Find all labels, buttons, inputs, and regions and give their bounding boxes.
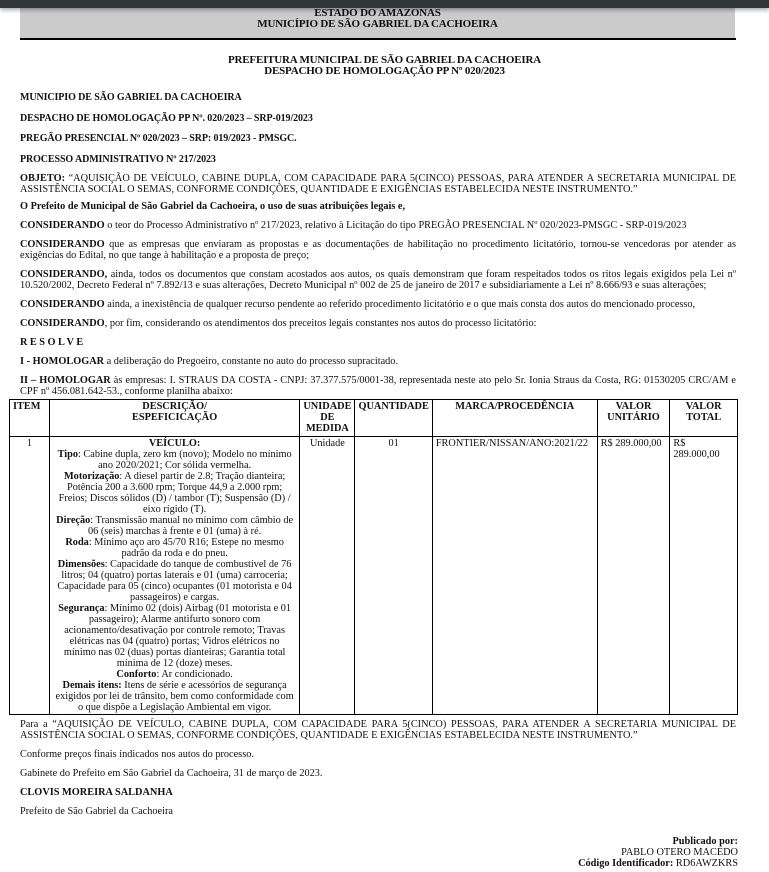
- heading-municipio: MUNICIPIO DE SÃO GABRIEL DA CACHOEIRA: [20, 92, 736, 103]
- desc-direcao: Direção: Transmissão manual no mínimo co…: [53, 515, 297, 537]
- table-row: 1 VEÍCULO: Tipo: Cabine dupla, zero km (…: [10, 437, 738, 715]
- spec-text: : Mínimo aço aro 45/70 R16; Estepe no me…: [89, 537, 284, 559]
- desc-tipo: Tipo: Cabine dupla, zero km (novo); Mode…: [53, 449, 297, 471]
- spec-label: Demais itens:: [63, 680, 122, 691]
- heading-despacho: DESPACHO DE HOMOLOGAÇÃO PP Nº. 020/2023 …: [20, 113, 736, 124]
- document-body: MUNICIPIO DE SÃO GABRIEL DA CACHOEIRA DE…: [20, 92, 736, 825]
- cell-valor-unitario: R$ 289.000,00: [597, 437, 670, 715]
- homologar-text: às empresas: I. STRAUS DA COSTA - CNPJ: …: [20, 375, 736, 397]
- publication-publisher: PABLO OTERO MACEDO: [578, 847, 738, 858]
- spec-label: Roda: [65, 537, 88, 548]
- considerando-text: , por fim, considerando os atendimentos …: [105, 318, 537, 329]
- objeto-label: OBJETO:: [20, 173, 65, 184]
- considerando-5: CONSIDERANDO, por fim, considerando os a…: [20, 318, 736, 329]
- document-header-band: ESTADO DO AMAZONAS MUNICÍPIO DE SÃO GABR…: [20, 6, 735, 39]
- spec-text: : Ar condicionado.: [156, 669, 232, 680]
- closing-gabinete: Gabinete do Prefeito em São Gabriel da C…: [20, 768, 736, 779]
- desc-demais-itens: Demais itens: Itens de série e acessório…: [53, 680, 297, 713]
- closing-precos: Conforme preços finais indicados nos aut…: [20, 749, 736, 760]
- desc-conforto: Conforto: Ar condicionado.: [53, 669, 297, 680]
- col-unidade: UNIDADE DE MEDIDA: [300, 400, 355, 437]
- col-item: ITEM: [10, 400, 50, 437]
- col-valor-unitario: VALOR UNITÁRIO: [597, 400, 670, 437]
- considerando-4: CONSIDERANDO ainda, a inexistência de qu…: [20, 299, 736, 310]
- col-valor-total: VALOR TOTAL: [670, 400, 738, 437]
- cell-quantidade: 01: [355, 437, 432, 715]
- homologar-label: II – HOMOLOGAR: [20, 375, 111, 386]
- intro-paragraph: O Prefeito de Municipal de São Gabriel d…: [20, 201, 736, 212]
- items-table: ITEM DESCRIÇÃO/ ESPEFICICAÇÃO UNIDADE DE…: [9, 399, 738, 715]
- col-descricao: DESCRIÇÃO/ ESPEFICICAÇÃO: [49, 400, 300, 437]
- considerando-text: o teor do Processo Administrativo nº 217…: [105, 220, 687, 231]
- publication-code: Código Identificador: RD6AWZKRS: [578, 858, 738, 869]
- considerando-label: CONSIDERANDO: [20, 318, 105, 329]
- homologar-1: I - HOMOLOGAR a deliberação do Pregoeiro…: [20, 356, 736, 367]
- header-municipality: MUNICÍPIO DE SÃO GABRIEL DA CACHOEIRA: [20, 19, 735, 30]
- cell-marca: FRONTIER/NISSAN/ANO:2021/22: [432, 437, 597, 715]
- code-label: Código Identificador:: [578, 858, 673, 869]
- document-title: PREFEITURA MUNICIPAL DE SÃO GABRIEL DA C…: [0, 55, 769, 77]
- considerando-text: que as empresas que enviaram as proposta…: [20, 239, 736, 261]
- objeto-text: “AQUISIÇÃO DE VEÍCULO, CABINE DUPLA, COM…: [20, 173, 736, 195]
- resolve-heading: RESOLVE: [20, 337, 736, 348]
- publication-block: Publicado por: PABLO OTERO MACEDO Código…: [578, 836, 738, 869]
- considerando-1: CONSIDERANDO o teor do Processo Administ…: [20, 220, 736, 231]
- table-header-row: ITEM DESCRIÇÃO/ ESPEFICICAÇÃO UNIDADE DE…: [10, 400, 738, 437]
- header-divider: [20, 38, 736, 40]
- desc-dimensoes: Dimensões: Capacidade do tanque de combu…: [53, 559, 297, 603]
- considerando-label: CONSIDERANDO: [20, 299, 105, 310]
- homologar-2: II – HOMOLOGAR às empresas: I. STRAUS DA…: [20, 375, 736, 397]
- considerando-3: CONSIDERANDO, ainda, todos os documentos…: [20, 269, 736, 291]
- col-marca: MARCA/PROCEDÊNCIA: [432, 400, 597, 437]
- considerando-label: CONSIDERANDO: [20, 239, 105, 250]
- spec-label: Direção: [56, 515, 90, 526]
- spec-label: Conforto: [116, 669, 156, 680]
- publication-label: Publicado por:: [578, 836, 738, 847]
- considerando-text: ainda, a inexistência de qualquer recurs…: [105, 299, 695, 310]
- signature-name: CLOVIS MOREIRA SALDANHA: [20, 787, 736, 798]
- col-quantidade: QUANTIDADE: [355, 400, 432, 437]
- spec-text: : Transmissão manual no mínimo com câmbi…: [88, 515, 293, 537]
- spec-text: : Cabine dupla, zero km (novo); Modelo n…: [78, 449, 292, 471]
- cell-item: 1: [10, 437, 50, 715]
- desc-motorizacao: Motorização: A diesel partir de 2.8; Tra…: [53, 471, 297, 515]
- spec-label: Motorização: [64, 471, 119, 482]
- spec-label: Segurança: [58, 603, 104, 614]
- spec-label: Dimensões: [58, 559, 105, 570]
- spec-label: Tipo: [58, 449, 78, 460]
- homologar-text: a deliberação do Pregoeiro, constante no…: [104, 356, 398, 367]
- closing-objeto: Para a “AQUISIÇÃO DE VEÍCULO, CABINE DUP…: [20, 720, 736, 741]
- considerando-label: CONSIDERANDO: [20, 220, 105, 231]
- desc-seguranca: Segurança: Mínimo 02 (dois) Airbag (01 m…: [53, 603, 297, 669]
- homologar-label: I - HOMOLOGAR: [20, 356, 104, 367]
- cell-descricao: VEÍCULO: Tipo: Cabine dupla, zero km (no…: [49, 437, 300, 715]
- desc-title: VEÍCULO:: [53, 438, 297, 449]
- viewer-toolbar: [0, 0, 769, 8]
- heading-processo: PROCESSO ADMINISTRATIVO Nº 217/2023: [20, 154, 736, 165]
- desc-roda: Roda: Mínimo aço aro 45/70 R16; Estepe n…: [53, 537, 297, 559]
- cell-unidade: Unidade: [300, 437, 355, 715]
- considerando-label: CONSIDERANDO,: [20, 269, 107, 280]
- signature-role: Prefeito de São Gabriel da Cachoeira: [20, 806, 736, 817]
- considerando-text: ainda, todos os documentos que constam a…: [20, 269, 736, 291]
- objeto-paragraph: OBJETO: “AQUISIÇÃO DE VEÍCULO, CABINE DU…: [20, 174, 736, 195]
- heading-pregao: PREGÃO PRESENCIAL Nº 020/2023 – SRP: 019…: [20, 133, 736, 144]
- title-line-2: DESPACHO DE HOMOLOGAÇÃO PP Nº 020/2023: [0, 66, 769, 77]
- cell-valor-total: R$ 289.000,00: [670, 437, 738, 715]
- code-value: RD6AWZKRS: [676, 858, 738, 869]
- considerando-2: CONSIDERANDO que as empresas que enviara…: [20, 239, 736, 261]
